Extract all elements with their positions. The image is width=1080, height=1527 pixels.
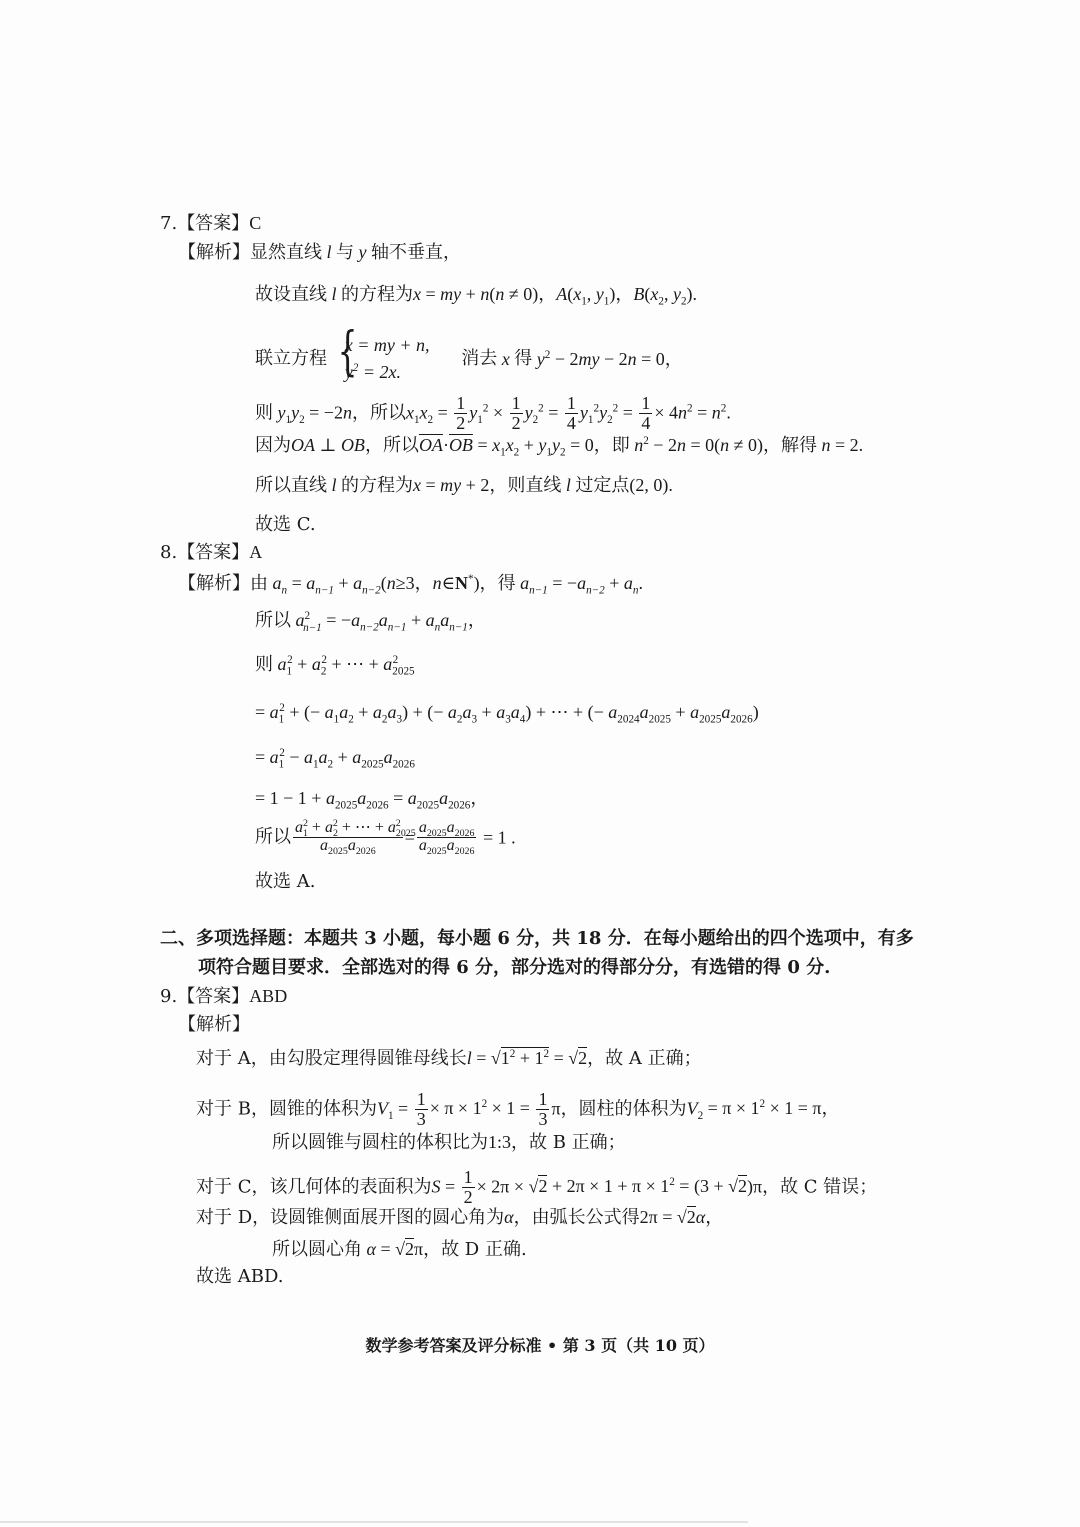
q8-analysis-line-5: = a12 − a1a2 + a2025a2026 (255, 748, 415, 767)
q8-answer-label: 【答案】 (177, 542, 249, 563)
text: 所以圆心角 (272, 1239, 362, 1260)
text: 所以直线 (255, 475, 327, 496)
q9-option-a: 对于 A，由勾股定理得圆锥母线长l = √12 + 12 = √2，故 A 正确… (196, 1049, 702, 1068)
text: 所以 (255, 826, 291, 847)
q8-number: 8. (160, 542, 177, 563)
q7-answer-label: 【答案】 (177, 213, 249, 234)
page-edge-divider (0, 1521, 748, 1523)
q9-option-b: 对于 B，圆锥的体积为V1 = 13× π × 12 × 1 = 13π，圆柱的… (196, 1090, 840, 1129)
q9-option-b-line-2: 所以圆锥与圆柱的体积比为1:3，故 B 正确； (272, 1133, 626, 1152)
text: ，故 A 正确； (587, 1048, 701, 1069)
text: ，圆柱的体积为 (561, 1098, 687, 1119)
q7-number: 7. (160, 213, 177, 234)
text: 得 (514, 348, 532, 369)
q9-option-d-line-2: 所以圆心角 α = √2π，故 D 正确. (272, 1240, 527, 1259)
q7-answer-line: 7.【答案】C (160, 214, 261, 233)
q7-analysis-label: 【解析】 (178, 242, 250, 263)
text: 的方程为 (341, 284, 413, 305)
text: 的方程为 (341, 475, 413, 496)
text: 所以圆锥与圆柱的体积比为 (272, 1132, 488, 1153)
section2-heading-line-1: 二、多项选择题：本题共 3 小题，每小题 6 分，共 18 分．在每小题给出的四… (160, 930, 914, 948)
q9-answer-line: 9.【答案】ABD (160, 987, 287, 1006)
text: 故设直线 (255, 284, 327, 305)
text: 则直线 (507, 475, 561, 496)
q7-analysis-line-2: 故设直线 l 的方程为x = my + n(n ≠ 0)，A(x1, y1)，B… (255, 285, 697, 304)
q8-analysis-line-1: 【解析】由 an = an−1 + an−2(n≥3，n∈N*)，得 an−1 … (178, 574, 643, 593)
text: 消去 (461, 348, 497, 369)
text: 联立方程 (255, 348, 327, 369)
text: 则 (255, 654, 273, 675)
q9-option-d: 对于 D，设圆锥侧面展开图的圆心角为α，由弧长公式得2π = √2α， (196, 1208, 723, 1227)
text: ，故 D 正确. (423, 1239, 527, 1260)
q8-answer-line: 8.【答案】A (160, 543, 262, 562)
text: ，故 B 正确； (511, 1132, 626, 1153)
text: 对于 B，圆锥的体积为 (196, 1098, 377, 1119)
text: ，由弧长公式得 (514, 1207, 640, 1228)
q7-analysis-line-5: 因为OA ⊥ OB，所以OA·OB = x1x2 + y1y2 = 0，即 n2… (255, 436, 863, 455)
equation-system: x = my + n, y2 = 2x. (333, 332, 430, 386)
q7-analysis-line-6: 所以直线 l 的方程为x = my + 2，则直线 l 过定点(2, 0). (255, 476, 673, 495)
q9-number: 9. (160, 986, 177, 1007)
text: 所以 (370, 402, 406, 423)
text: 所以 (383, 435, 419, 456)
q8-analysis-line-3: 则 a12 + a22 + ⋯ + a20252 (255, 655, 398, 674)
q8-analysis-line-7: 所以a12 + a22 + ⋯ + a20252a2025a2026=a2025… (255, 820, 516, 855)
text: 与 (336, 242, 354, 263)
q8-analysis-line-6: = 1 − 1 + a2025a2026 = a2025a2026， (255, 789, 488, 808)
q9-option-c: 对于 C，该几何体的表面积为S = 12× 2π × √2 + 2π × 1 +… (196, 1168, 877, 1207)
ratio: 1:3 (488, 1132, 511, 1152)
section2-heading-line-2: 项符合题目要求．全部选对的得 6 分，部分选对的得部分分，有选错的得 0 分. (198, 959, 830, 977)
q9-answer: ABD (249, 986, 287, 1006)
page-footer: 数学参考答案及评分标准 • 第 3 页（共 10 页） (0, 1333, 1080, 1356)
text: 对于 C，该几何体的表面积为 (196, 1176, 432, 1197)
q8-answer: A (249, 542, 262, 562)
text: 轴不垂直， (371, 242, 461, 263)
q9-conclusion: 故选 ABD. (196, 1268, 283, 1286)
q7-answer: C (249, 213, 261, 233)
q8-analysis-line-2: 所以 a2n−1 = −an−2an−1 + anan−1， (255, 611, 486, 630)
q7-analysis-line-3: 联立方程 x = my + n, y2 = 2x. 消去 x 得 y2 − 2m… (255, 332, 683, 386)
text: 因为 (255, 435, 291, 456)
text: ，故 C 错误； (762, 1176, 877, 1197)
text: 解得 (781, 435, 817, 456)
text: 由 (250, 573, 268, 594)
q8-analysis-label: 【解析】 (178, 573, 250, 594)
text: 对于 D，设圆锥侧面展开图的圆心角为 (196, 1207, 504, 1228)
q9-analysis-label: 【解析】 (178, 1016, 250, 1034)
text: 显然直线 (250, 242, 322, 263)
text: 过定点 (575, 475, 629, 496)
text: 即 (612, 435, 630, 456)
text: 得 (498, 573, 516, 594)
q8-conclusion: 故选 A. (255, 873, 315, 891)
text: 对于 A，由勾股定理得圆锥母线长 (196, 1048, 467, 1069)
q7-analysis-line-1: 【解析】显然直线 l 与 y 轴不垂直， (178, 243, 461, 262)
text: 所以 (255, 610, 291, 631)
q8-analysis-line-4: = a12 + (− a1a2 + a2a3) + (− a2a3 + a3a4… (255, 703, 759, 722)
q9-answer-label: 【答案】 (177, 986, 249, 1007)
q7-conclusion: 故选 C. (255, 516, 316, 534)
text: 则 (255, 402, 273, 423)
q7-analysis-line-4: 则 y1y2 = −2n，所以x1x2 = 12y12 × 12y22 = 14… (255, 394, 731, 433)
